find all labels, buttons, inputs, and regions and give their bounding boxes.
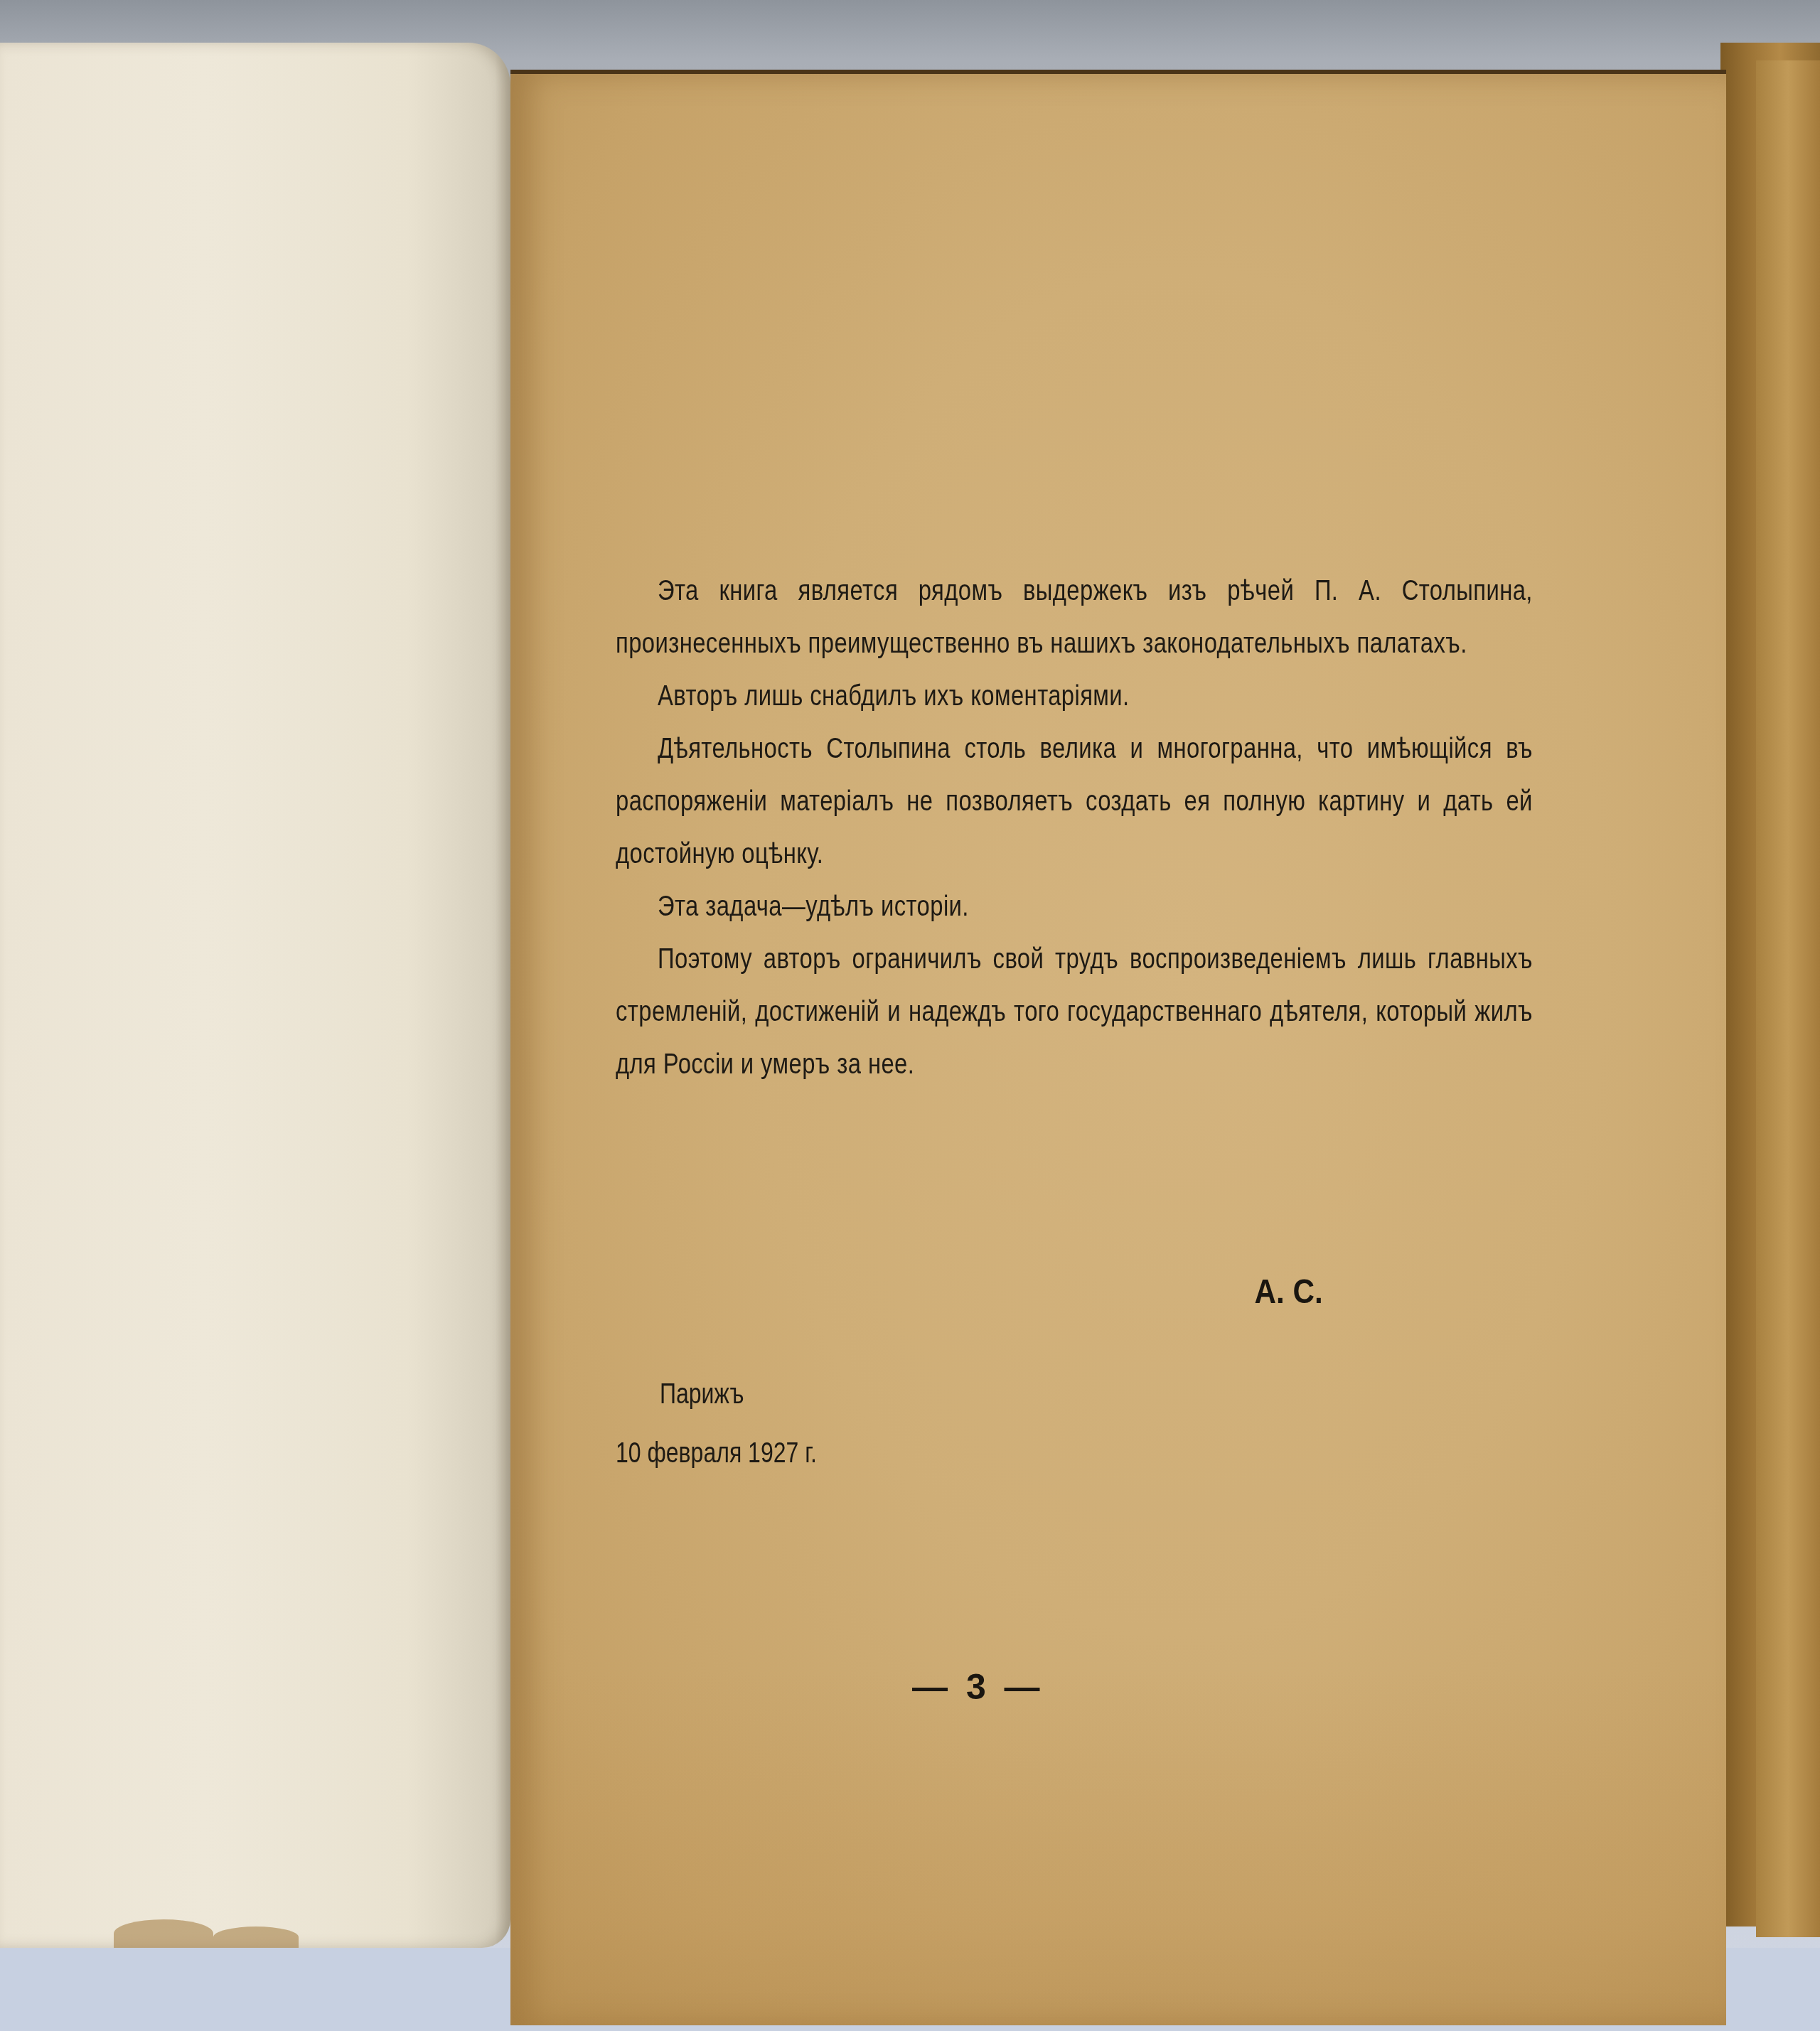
edge-stain (114, 1919, 213, 1948)
preface-text: Эта книга является рядомъ выдержекъ изъ … (616, 564, 1533, 1090)
page-edges-inner (1756, 60, 1820, 1937)
paragraph: Эта книга является рядомъ выдержекъ изъ … (616, 564, 1533, 670)
right-printed-page: Эта книга является рядомъ выдержекъ изъ … (510, 70, 1726, 2025)
paragraph: Авторъ лишь снабдилъ ихъ коментаріями. (616, 670, 1533, 722)
date: 10 февраля 1927 г. (616, 1437, 817, 1469)
paragraph: Дѣятельность Столыпина столь велика и мн… (616, 722, 1533, 880)
author-signature: А. С. (1255, 1272, 1323, 1312)
page-number: — 3 — (912, 1666, 1044, 1708)
place: Парижъ (660, 1378, 744, 1410)
paragraph: Поэтому авторъ ограничилъ свой трудъ вос… (616, 933, 1533, 1090)
left-blank-page (0, 43, 510, 1948)
paragraph: Эта задача—удѣлъ исторіи. (616, 880, 1533, 933)
edge-stain (213, 1926, 299, 1948)
water-stain (510, 1670, 1726, 2025)
